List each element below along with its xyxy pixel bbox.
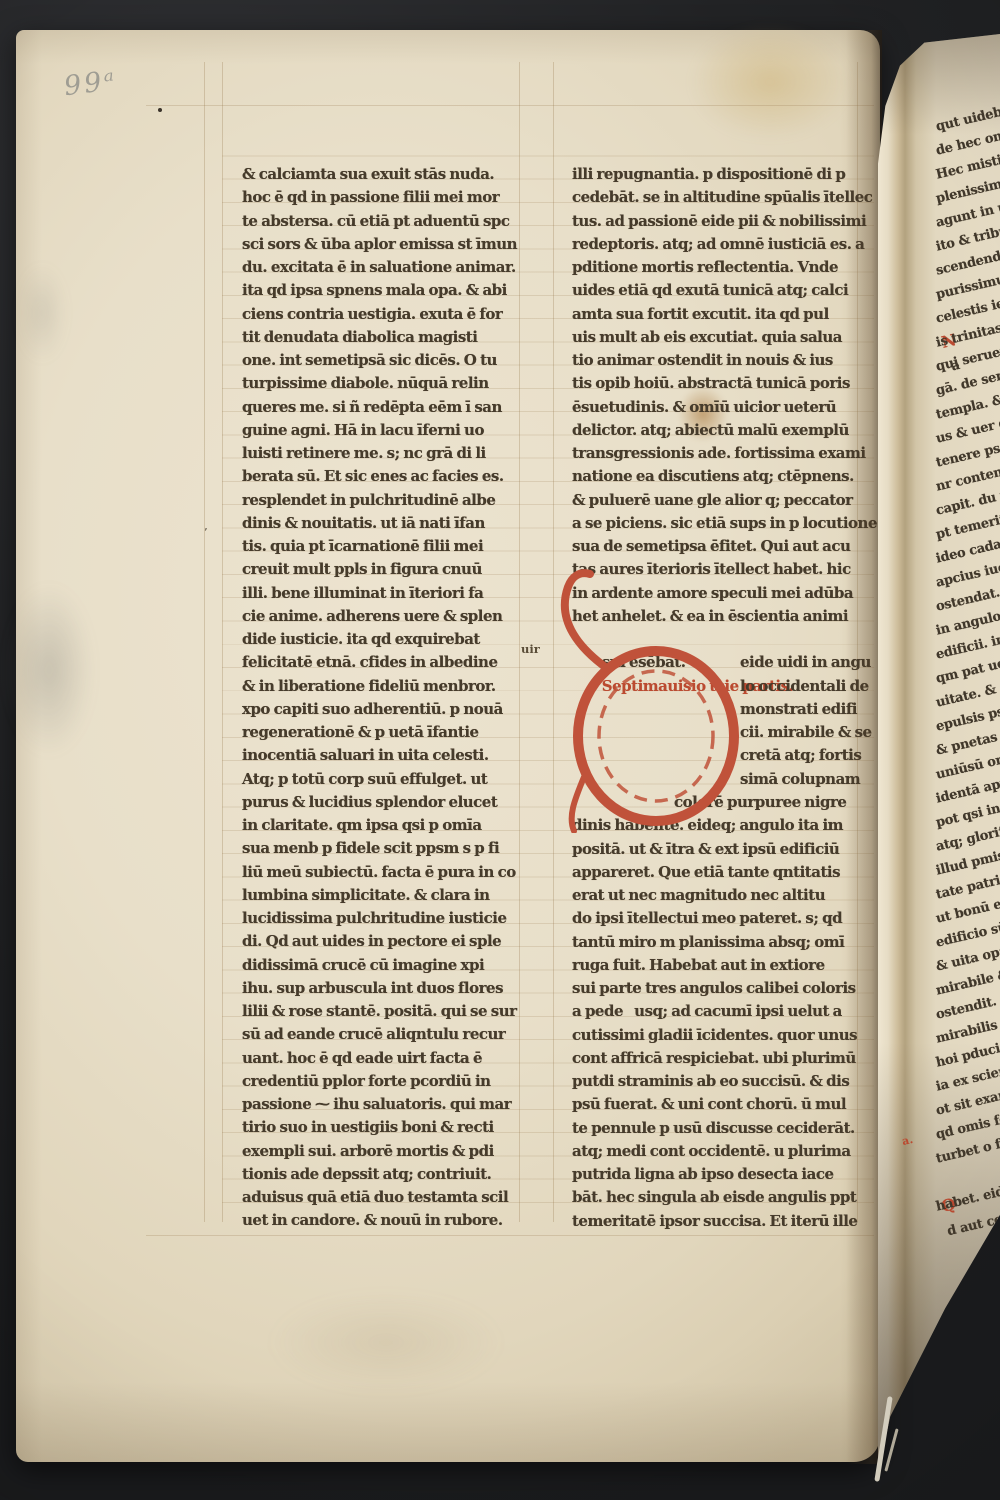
manuscript-line: sci sors & ūba aplor emissa st īmun [242, 233, 538, 256]
manuscript-line: creuit mult ppls in figura cnuū [242, 558, 538, 581]
manuscript-line: regenerationē & p uetā īfantie [242, 721, 538, 744]
manuscript-line: luisti retinere me. s; nc grā di li [242, 442, 538, 465]
manuscript-line: dinis habentē. eideq; angulo ita im [572, 814, 874, 837]
manuscript-line: ruga fuit. Habebat aut in extiore [572, 954, 874, 977]
manuscript-line: cont affricā respiciebat. ubi plurimū [572, 1047, 874, 1070]
ink-speck [158, 108, 162, 112]
manuscript-line: tit denudata diabolica magisti [242, 326, 538, 349]
manuscript-line: temeritatē ipsor succisa. Et iterū ille [572, 1210, 874, 1233]
manuscript-line: in claritate. qm ipsa qsi p omīa [242, 814, 538, 837]
manuscript-line: amta sua fortit excutit. ita qd pul [572, 303, 874, 326]
manuscript-line: liū meū subiectū. facta ē pura in co [242, 861, 538, 884]
parchment-stain [271, 1295, 501, 1390]
manuscript-line: a se piciens. sic etiā sups in p locutio… [572, 512, 874, 535]
manuscript-line: putrida ligna ab ipso desecta iace [572, 1163, 874, 1186]
manuscript-line: ihu. sup arbuscula int duos flores [242, 977, 538, 1000]
manuscript-line: illi. bene illuminat in īteriori fa [242, 582, 538, 605]
manuscript-line: tis opib hoiū. abstractā tunicā poris [572, 372, 874, 395]
manuscript-line: ēsuetudinis. & omīū uicior ueterū [572, 396, 874, 419]
manuscript-line: sua de semetipsa ēfitet. Qui aut acu [572, 535, 874, 558]
manuscript-line: ciens contria uestigia. exuta ē for [242, 303, 538, 326]
manuscript-line: appareret. Que etiā tante qntitatis [572, 861, 874, 884]
manuscript-line: bāt. hec singula ab eisde angulis ppt [572, 1186, 874, 1209]
manuscript-line: exempli sui. arborē mortis & pdi [242, 1140, 538, 1163]
ruling-line-vertical [204, 62, 205, 1222]
manuscript-line: cutissimi gladii īcidentes. quor unus [572, 1024, 874, 1047]
manuscript-line: do ipsi ītellectui meo pateret. s; qd [572, 907, 874, 930]
manuscript-line: in ardente amore speculi mei adūba [572, 582, 874, 605]
ruling-line-vertical [553, 62, 554, 1222]
manuscript-line: guine agni. Hā in lacu īferni uo [242, 419, 538, 442]
manuscript-line: cie anime. adherens uere & splen [242, 605, 538, 628]
manuscript-line: redeptoris. atq; ad omnē iusticiā es. a [572, 233, 874, 256]
manuscript-line: erat ut nec magnitudo nec altitu [572, 884, 874, 907]
manuscript-line: resplendet in pulchritudinē albe [242, 489, 538, 512]
manuscript-line: te pennule p usū discusse ceciderāt. [572, 1117, 874, 1140]
manuscript-line: illi repugnantia. p dispositionē di p [572, 163, 874, 186]
manuscript-line: pditione mortis reflectentia. Vnde [572, 256, 874, 279]
manuscript-line: atq; medi cont occidentē. u plurima [572, 1140, 874, 1163]
manuscript-line: di. Qd aut uides in pectore ei sple [242, 930, 538, 953]
folio-number: 99ᵃ [62, 65, 119, 102]
manuscript-line: aduisus quā etiā duo testamta scil [242, 1186, 538, 1209]
manuscript-line: queres me. si ñ redēpta eēm ī san [242, 396, 538, 419]
manuscript-line: turpissime diabole. nūquā relin [242, 372, 538, 395]
manuscript-left-page: 99ᵃ ’ & calciamta sua exuit stās nuda.ho… [16, 30, 880, 1462]
gutter-shadow [846, 30, 882, 1464]
manuscript-line: berata sū. Et sic enes ac facies es. [242, 465, 538, 488]
manuscript-right-page: qut uidebā in pdicta de hec omīa in demo… [878, 34, 1000, 1474]
manuscript-line: passione ⁓ ihu saluatoris. qui mar [242, 1093, 538, 1116]
fragment-text: habet. eideq; angulo [935, 1168, 1000, 1215]
parchment-smudge [6, 585, 92, 755]
manuscript-line: Atq; p totū corp suū effulget. ut [242, 768, 538, 791]
manuscript-line: & puluerē uane gle alior q; peccator [572, 489, 874, 512]
column-segment-top: illi repugnantia. p dispositionē di pced… [572, 163, 874, 628]
fragment-text [946, 1249, 949, 1264]
parchment-smudge [20, 265, 64, 361]
manuscript-line: one. int semetipsā sic dicēs. O tu [242, 349, 538, 372]
manuscript-line: lumbina simplicitate. & clara in [242, 884, 538, 907]
ruling-line-vertical [222, 62, 223, 1222]
manuscript-line: felicitatē etnā. cfides in albedine [242, 651, 538, 674]
manuscript-line: tas aures īterioris ītellect habet. hic [572, 558, 874, 581]
ruling-line-horizontal [146, 105, 874, 106]
manuscript-line: inocentiā saluari in uita celesti. [242, 744, 538, 767]
column-segment-bottom: dinis habentē. eideq; angulo ita imposit… [572, 814, 874, 1233]
manuscript-line: het anhelet. & ea in ēscientia animi [572, 605, 874, 628]
initial-block: eide uidi in angulo occidentali demonstr… [572, 651, 874, 814]
manuscript-line: tus. ad passionē eide pii & nobilissimi [572, 210, 874, 233]
manuscript-line: natione ea discutiens atq; ctēpnens. [572, 465, 874, 488]
manuscript-line: uet in candore. & nouū in rubore. [242, 1209, 538, 1232]
manuscript-line: uis mult ab eis excutiat. quia salua [572, 326, 874, 349]
manuscript-line: uant. hoc ē qd eade uirt facta ē [242, 1047, 538, 1070]
manuscript-line: tis. quia pt īcarnationē filii mei [242, 535, 538, 558]
manuscript-line: sū ad eande crucē aliqntulu recur [242, 1023, 538, 1046]
manuscript-line: xpo capiti suo adherentiū. p nouā [242, 698, 538, 721]
manuscript-line: ita qd ipsa spnens mala opa. & abi [242, 279, 538, 302]
photo-stage: 99ᵃ ’ & calciamta sua exuit stās nuda.ho… [0, 0, 1000, 1500]
manuscript-line: delictor. atq; abiectū malū exemplū [572, 419, 874, 442]
manuscript-line: colorē purpuree nigre [674, 791, 874, 814]
left-text-column: & calciamta sua exuit stās nuda.hoc ē qd… [242, 163, 538, 1233]
parchment-stain [690, 24, 850, 140]
manuscript-line: didissimā crucē cū imagine xpi [242, 954, 538, 977]
margin-note: uir [521, 642, 540, 656]
manuscript-line: lilii & rose stantē. positā. qui se sur [242, 1000, 538, 1023]
manuscript-line: cedebāt. se in altitudine spūalis ītelle… [572, 186, 874, 209]
manuscript-line: psū fuerat. & uni cont chorū. ū mul [572, 1093, 874, 1116]
manuscript-line: credentiū pplor forte pcordiū in [242, 1070, 538, 1093]
manuscript-line: hoc ē qd in passione filii mei mor [242, 186, 538, 209]
manuscript-line: sui parte tres angulos calibei coloris [572, 977, 874, 1000]
manuscript-line: tionis ade depssit atq; contriuit. [242, 1163, 538, 1186]
manuscript-line: & calciamta sua exuit stās nuda. [242, 163, 538, 186]
manuscript-line: purus & lucidius splendor elucet [242, 791, 538, 814]
right-page-text: qut uidebā in pdicta de hec omīa in demo… [898, 100, 1000, 1204]
manuscript-line: a pede usq; ad cacumī ipsi uelut a [572, 1000, 874, 1023]
manuscript-line: putdi straminis ab eo succisū. & dis [572, 1070, 874, 1093]
manuscript-line: dinis & nouitatis. ut iā nati īfan [242, 512, 538, 535]
manuscript-line: uides etiā qd exutā tunicā atq; calci [572, 279, 874, 302]
manuscript-line: tirio suo in uestigiis boni & recti [242, 1116, 538, 1139]
margin-mark: ’ [204, 526, 208, 539]
manuscript-line: tio animar ostendit in nouis & ius [572, 349, 874, 372]
manuscript-line: transgressionis ade. fortissima exami [572, 442, 874, 465]
manuscript-line: tantū miro m planissima absq; omī [572, 931, 874, 954]
right-text-column: illi repugnantia. p dispositionē di pced… [572, 163, 874, 1233]
ruling-line-horizontal [146, 1235, 874, 1236]
manuscript-line: lucidissima pulchritudine iusticie [242, 907, 538, 930]
manuscript-line: dide iusticie. ita qd exquirebat [242, 628, 538, 651]
manuscript-line: du. excitata ē in saluatione animar. [242, 256, 538, 279]
manuscript-line: sua menb p fidele scit ppsm s p fi [242, 837, 538, 860]
manuscript-line: positā. ut & ītra & ext ipsū edificiū [572, 838, 874, 861]
rubric-line: sui ēsēbat. Septimauisio tcie partis. [572, 628, 874, 651]
manuscript-line: & in liberatione fideliū menbror. [242, 675, 538, 698]
manuscript-line: te abstersa. cū etiā pt aduentū spc [242, 210, 538, 233]
